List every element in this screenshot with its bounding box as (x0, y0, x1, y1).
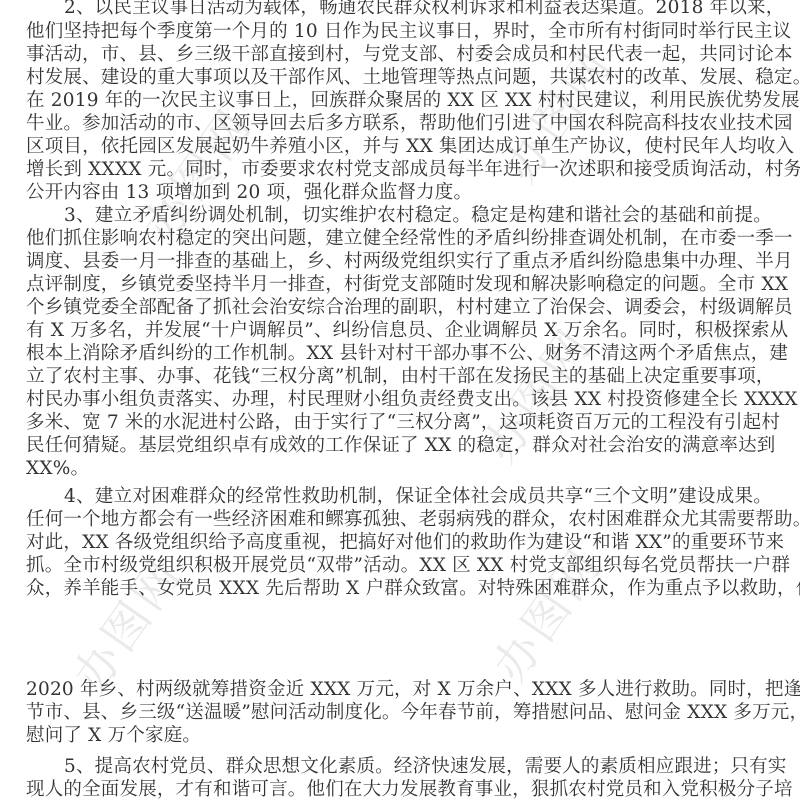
paragraph-line: 他们抓住影响农村稳定的突出问题，建立健全经常性的矛盾纠纷排查调处机制，在市委一季… (26, 227, 772, 250)
paragraph-line: 有 X 万多名，并发展“十户调解员”、纠纷信息员、企业调解员 X 万余名。同时，… (26, 319, 772, 342)
paragraph-line: 根本上消除矛盾纠纷的工作机制。XX 县针对村干部办事不公、财务不清这两个矛盾焦点… (26, 342, 772, 365)
paragraph-line: 多米、宽 7 米的水泥进村公路，由于实行了“三权分离”，这项耗资百万元的工程没有… (26, 411, 772, 434)
paragraph-line: 在 2019 年的一次民主议事日上，回族群众聚居的 XX 区 XX 村村民建议，… (26, 89, 772, 112)
paragraph-line: 牛业。参加活动的市、区领导回去后多方联系，帮助他们引进了中国农科院高科技农业技术… (26, 112, 772, 135)
paragraph-line: 抓。全市村级党组织积极开展党员“双带”活动。XX 区 XX 村党支部组织每名党员… (26, 554, 772, 577)
paragraph-line: 村发展、建设的重大事项以及干部作风、土地管理等热点问题，共谋农村的改革、发展、稳… (26, 66, 772, 89)
paragraph-line: 点评制度，乡镇党委坚持半月一排查，村街党支部随时发现和解决影响稳定的问题。全市 … (26, 273, 772, 296)
paragraph-line: 立了农村主事、办事、花钱“三权分离”机制，由村干部在发扬民主的基础上决定重要事项… (26, 365, 772, 388)
paragraph-line: 他们坚持把每个季度第一个月的 10 日作为民主议事日，界时，全市所有村街同时举行… (26, 20, 772, 43)
paragraph-line: 区项目，依托园区发展起奶牛养殖小区，并与 XX 集团达成订单生产协议，使村民年人… (26, 135, 772, 158)
paragraph-line: 2020 年乡、村两级就筹措资金近 XXX 万元，对 X 万余户、XXX 多人进… (26, 678, 772, 701)
paragraph-line: 慰问了 X 万个家庭。 (26, 724, 772, 747)
paragraph-line: 增长到 XXXX 元。同时，市委要求农村党支部成员每半年进行一次述职和接受质询活… (26, 158, 772, 181)
paragraph-line: 调度、县委一月一排查的基础上，乡、村两级党组织实行了重点矛盾纠纷隐患集中办理、半… (26, 250, 772, 273)
document-page: 办图网 办图网 办图网 办图网 办图网 2、以民主议事日活动为载体，畅通农民群众… (0, 0, 800, 800)
paragraph-first-line: 4、建立对困难群众的经常性救助机制，保证全体社会成员共享“三个文明”建设成果。 (64, 485, 772, 508)
paragraph-line: 村民办事小组负责落实、办理，村民理财小组负责经费支出。该县 XX 村投资修建全长… (26, 388, 772, 411)
paragraph-line: XX%。 (26, 457, 772, 480)
paragraph-line: 对此，XX 各级党组织给予高度重视，把搞好对他们的救助作为建设“和谐 XX”的重… (26, 531, 772, 554)
paragraph-first-line: 5、提高农村党员、群众思想文化素质。经济快速发展，需要人的素质相应跟进；只有实 (64, 755, 772, 778)
paragraph-line: 公开内容由 13 项增加到 20 项，强化群众监督力度。 (26, 181, 772, 204)
paragraph-line: 节市、县、乡三级“送温暖”慰问活动制度化。今年春节前，筹措慰问品、慰问金 XXX… (26, 701, 772, 724)
paragraph-line: 现人的全面发展，才有和谐可言。他们在大力发展教育事业，狠抓农村党员和入党积极分子… (26, 778, 772, 800)
paragraph-first-line: 2、以民主议事日活动为载体，畅通农民群众权利诉求和利益表达渠道。2018 年以来… (64, 0, 772, 19)
paragraph-first-line: 3、建立矛盾纠纷调处机制，切实维护农村稳定。稳定是构建和谐社会的基础和前提。 (64, 204, 772, 227)
paragraph-line: 民任何猜疑。基层党组织卓有成效的工作保证了 XX 的稳定，群众对社会治安的满意率… (26, 434, 772, 457)
paragraph-line: 任何一个地方都会有一些经济困难和鳏寡孤独、老弱病残的群众，农村困难群众尤其需要帮… (26, 508, 772, 531)
paragraph-line: 个乡镇党委全部配备了抓社会治安综合治理的副职，村村建立了治保会、调委会，村级调解… (26, 296, 772, 319)
paragraph-line: 事活动，市、县、乡三级干部直接到村，与党支部、村委会成员和村民代表一起，共同讨论… (26, 43, 772, 66)
paragraph-line: 众，养羊能手、女党员 XXX 先后帮助 X 户群众致富。对特殊困难群众，作为重点… (26, 577, 772, 600)
